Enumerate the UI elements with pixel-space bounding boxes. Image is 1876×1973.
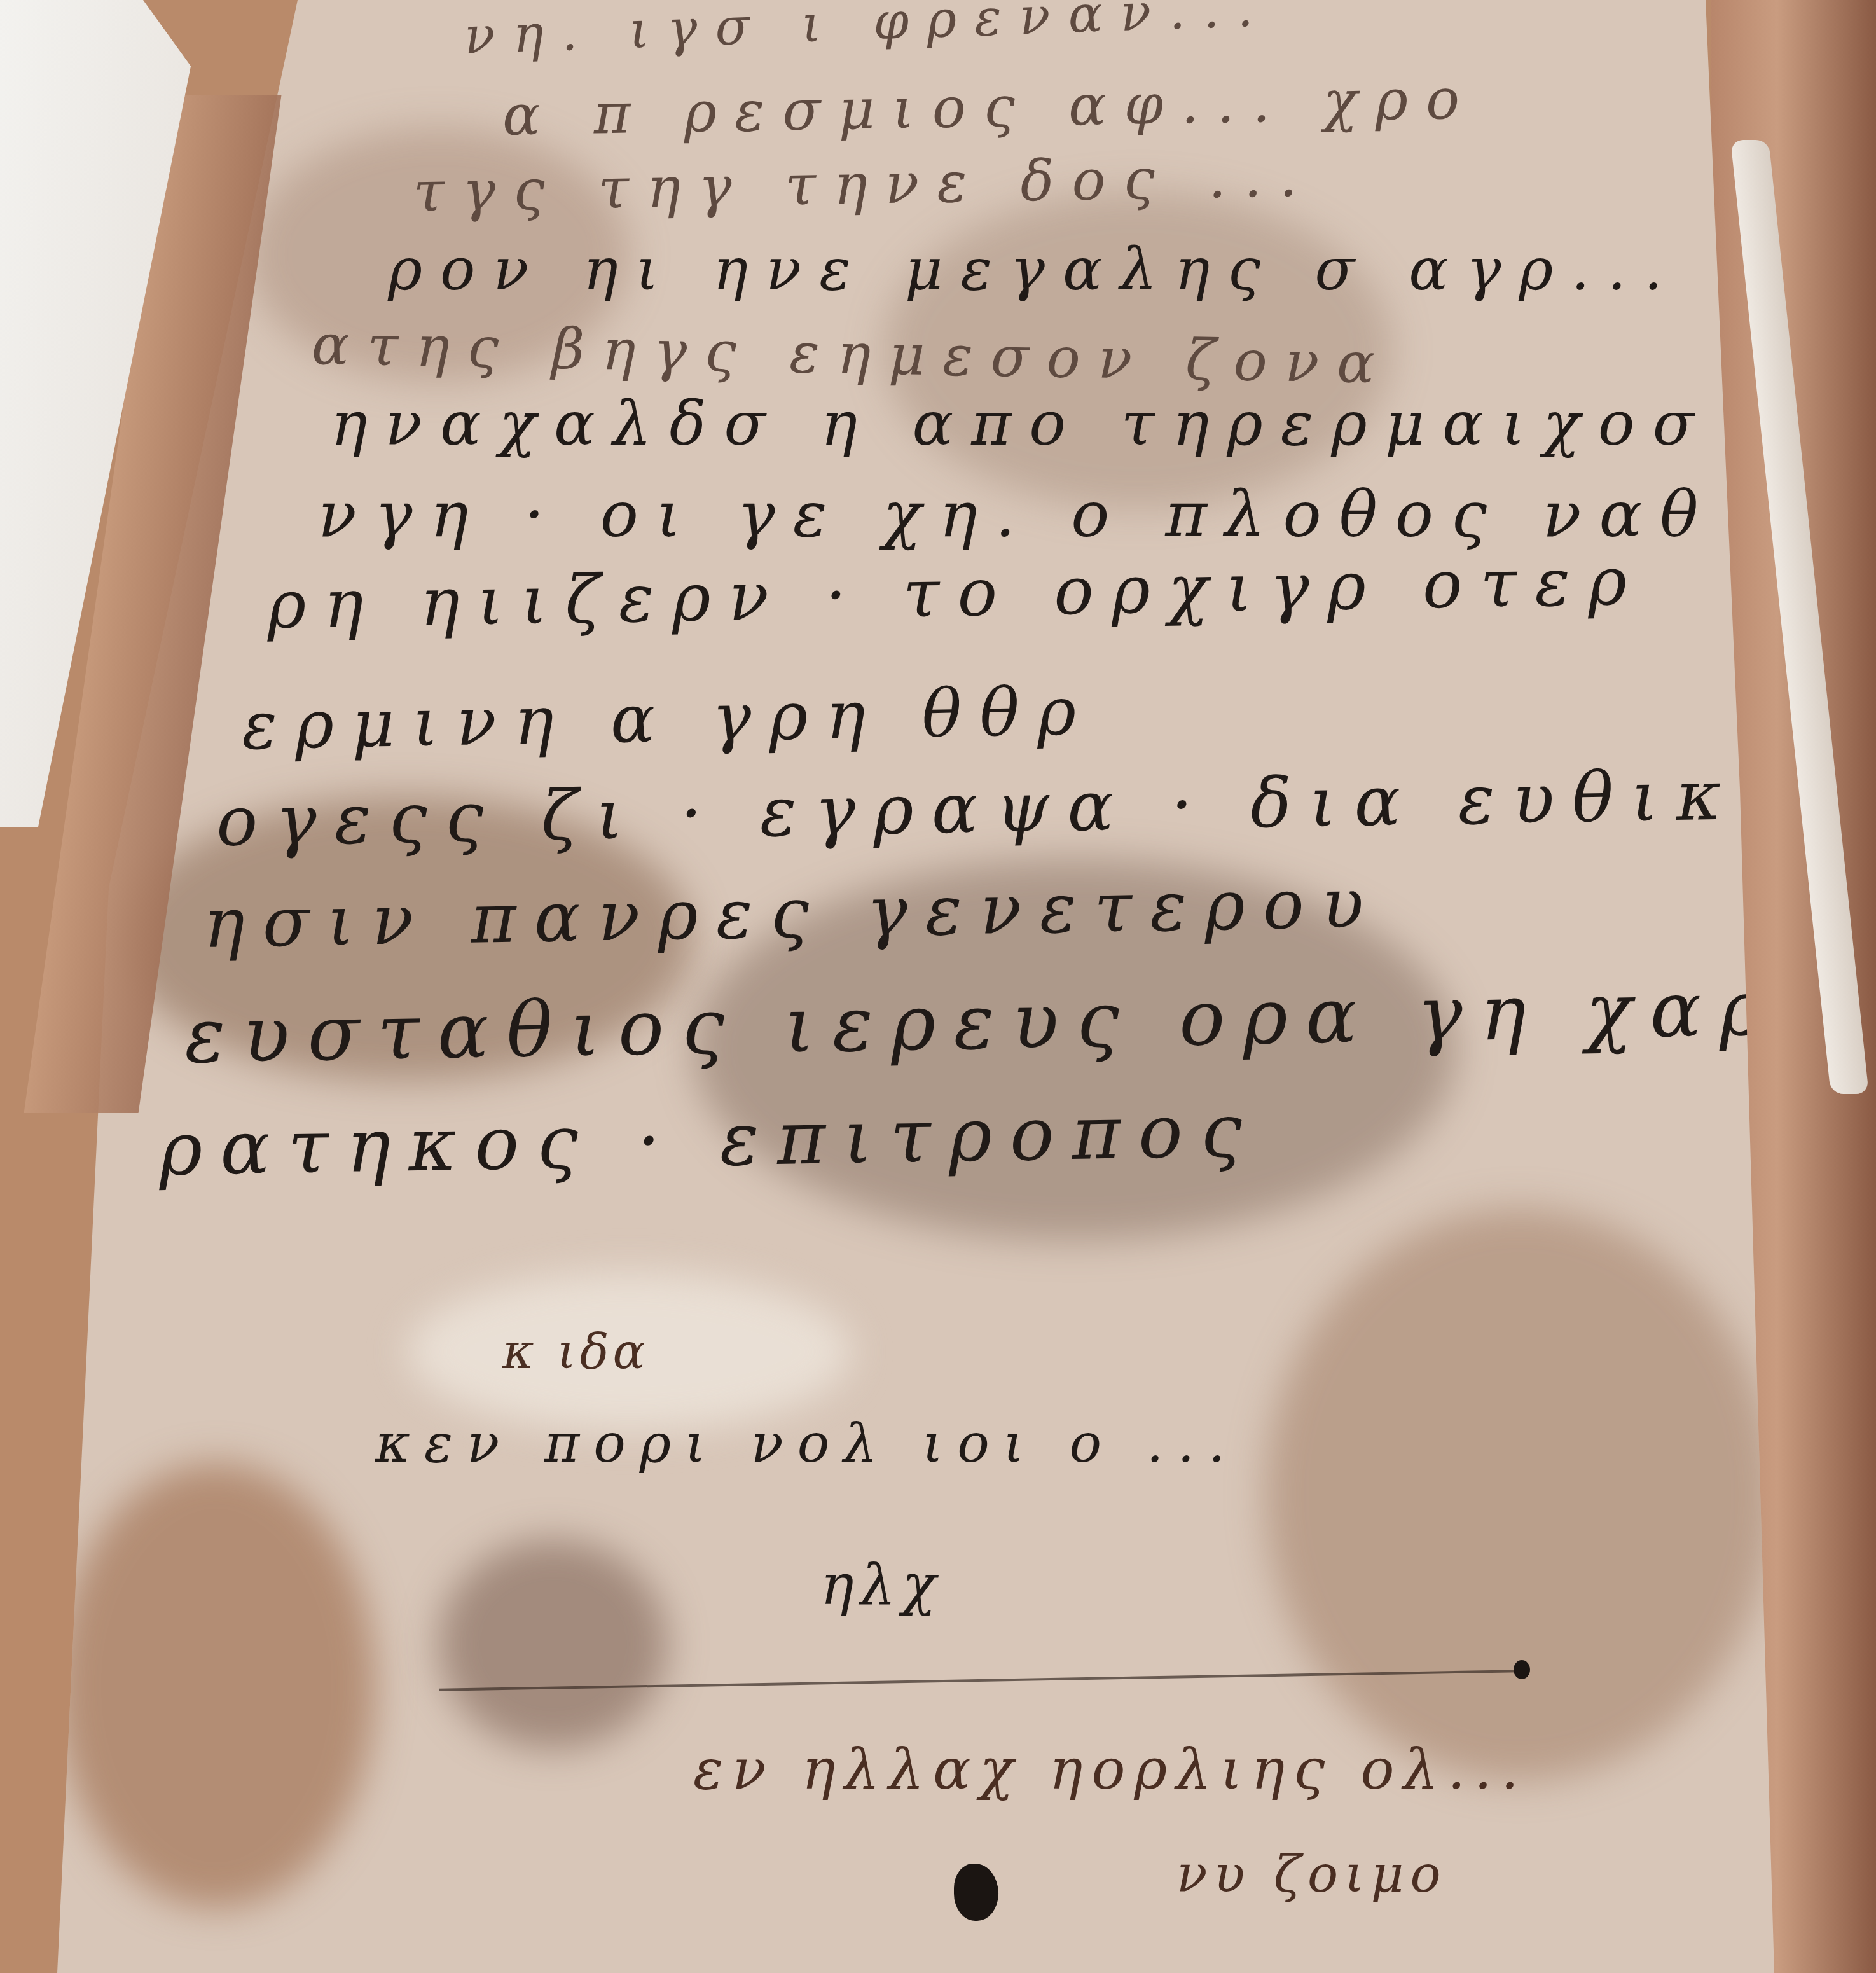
manuscript-line: ρη ηιιζερν · το ορχιγρ οτερ <box>266 542 1645 644</box>
water-stain <box>57 1463 375 1908</box>
ink-blot <box>954 1864 998 1921</box>
manuscript-line: ογεςς ζι · εγραψα · δια ευθικ <box>216 756 1739 862</box>
manuscript-line: ερμινη α γρη θθρ <box>241 672 1094 765</box>
manuscript-line: ρον ηι ηνε μεγαλης σ αγρ... <box>388 235 1680 303</box>
manuscript-line: ηναχαλδσ η απο τηρερμαιχοσ <box>331 388 1712 459</box>
manuscript-page: νη. ιγσ ι φρεναν... α π ρεσμιος αφ... χρ… <box>57 0 1774 1973</box>
manuscript-line: ηλχ <box>820 1552 942 1617</box>
manuscript-line: κ ιδα <box>502 1323 649 1380</box>
manuscript-line: νυ ζοιμο <box>1176 1845 1447 1904</box>
manuscript-line: κεν πορι νολ ιοι ο ... <box>375 1412 1239 1474</box>
water-stain <box>1266 1208 1774 1781</box>
ink-dot <box>1514 1660 1530 1679</box>
manuscript-line: εν ηλλαχ ηορλιης ολ... <box>693 1736 1528 1802</box>
manuscript-line: α π ρεσμιος αφ... χρο <box>502 66 1478 148</box>
manuscript-line: νγη · οι γε χη. ο πλοθος ναθ <box>318 477 1716 551</box>
manuscript-line: νη. ιγσ ι φρεναν... <box>463 0 1271 66</box>
water-stain <box>439 1539 668 1749</box>
